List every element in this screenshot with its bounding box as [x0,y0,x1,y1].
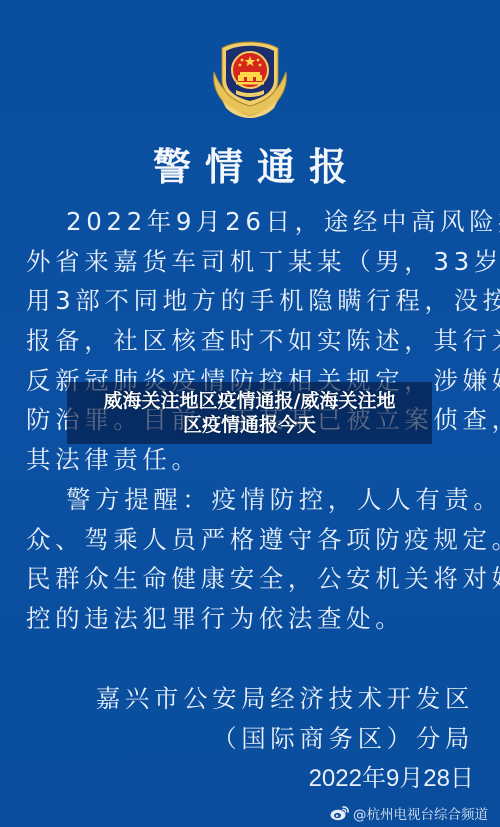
notice-title: 警情通报 [0,136,500,191]
caption-line-2: 区疫情通报今天 [183,413,316,437]
weibo-watermark: @杭州电视台综合频道 [330,803,488,823]
body-line: 控的违法犯罪行为依法查处。 [26,599,478,639]
caption-overlay: 威海关注地区疫情通报/威海关注地 区疫情通报今天 [67,382,432,444]
body-line: 用3部不同地方的手机隐瞒行程，没按要求如实 [26,281,478,321]
signature-organization: 嘉兴市公安局经济技术开发区 [96,680,474,715]
body-line: 2022年9月26日，途经中高风险疫情地区的 [26,202,478,242]
signature-branch: （国际商务区）分局 [212,720,474,755]
body-line: 众、驾乘人员严格遵守各项防疫规定。为保障人 [26,520,478,560]
signature-date: 2022年9月28日 [309,758,474,793]
body-line: 其法律责任。 [26,440,478,480]
body-line: 报备，社区核查时不如实陈述，其行为已严重违 [26,321,478,361]
body-line: 警方提醒：疫情防控，人人有责。请广大群 [26,480,478,520]
weibo-icon [330,805,350,821]
police-emblem-icon [208,38,292,120]
caption-line-1: 威海关注地区疫情通报/威海关注地 [104,389,396,413]
body-line: 外省来嘉货车司机丁某某（男，33岁），通过使 [26,242,478,282]
body-line: 民群众生命健康安全，公安机关将对妨碍疫情防 [26,559,478,599]
watermark-text: @杭州电视台综合频道 [353,803,488,823]
